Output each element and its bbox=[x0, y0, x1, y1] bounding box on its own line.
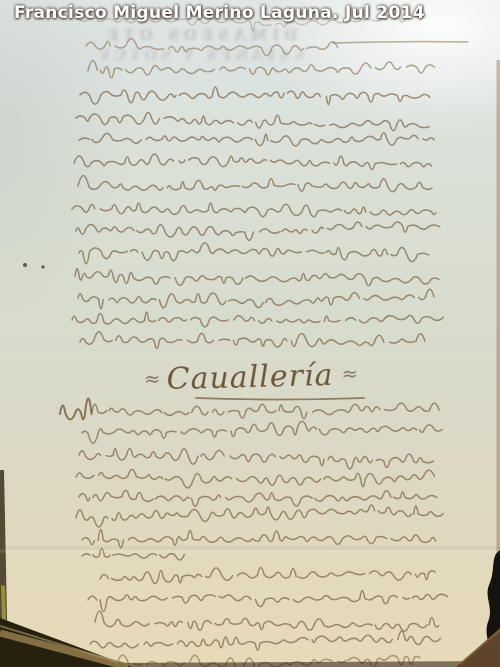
handwritten-line bbox=[86, 39, 338, 56]
paper-crease bbox=[0, 544, 500, 554]
handwritten-line bbox=[76, 113, 429, 131]
handwritten-line bbox=[78, 176, 432, 192]
handwritten-line bbox=[92, 403, 442, 419]
bottom-shadow bbox=[95, 661, 500, 667]
handwritten-line bbox=[76, 505, 443, 527]
handwritten-line bbox=[88, 591, 448, 612]
heading-flourish-right: ≈ bbox=[341, 361, 356, 385]
handwritten-line bbox=[79, 133, 434, 146]
handwritten-line bbox=[79, 243, 432, 264]
manuscript-heading: ≈Cauallería≈ bbox=[143, 357, 356, 398]
handwritten-line bbox=[76, 222, 440, 240]
ink-dot bbox=[41, 265, 44, 268]
frame-corner-bottom-right bbox=[456, 628, 500, 667]
handwritten-line bbox=[75, 269, 439, 286]
handwritten-line bbox=[88, 61, 434, 78]
manuscript-handwriting bbox=[0, 0, 500, 667]
handwritten-line bbox=[60, 398, 92, 419]
frame-bevel-bottom-right bbox=[460, 630, 500, 664]
heading-underline bbox=[196, 398, 364, 400]
handwritten-line bbox=[74, 154, 431, 169]
ink-dot bbox=[23, 263, 27, 267]
handwritten-line bbox=[80, 87, 430, 104]
handwritten-line bbox=[78, 289, 434, 308]
handwritten-line bbox=[79, 490, 437, 506]
handwritten-line bbox=[100, 568, 435, 584]
handwritten-line bbox=[95, 611, 439, 631]
handwritten-line bbox=[80, 332, 425, 349]
handwritten-dash bbox=[333, 42, 468, 43]
heading-flourish-left: ≈ bbox=[144, 366, 159, 390]
bleed-through-text-1: DIMASEOS OTE bbox=[102, 26, 297, 44]
handwritten-line bbox=[82, 549, 184, 560]
handwritten-line bbox=[82, 529, 436, 547]
handwritten-line bbox=[72, 312, 443, 327]
frame-edge-left bbox=[0, 470, 8, 667]
watermark-caption: Francisco Miguel Merino Laguna. Jul 2014 bbox=[14, 3, 425, 23]
frame-bevel-bottom-left bbox=[0, 633, 128, 667]
handwritten-line bbox=[76, 469, 439, 488]
right-shadow-blob bbox=[487, 550, 500, 667]
handwritten-line bbox=[90, 631, 440, 650]
handwritten-line bbox=[100, 655, 420, 667]
handwritten-line bbox=[82, 421, 448, 443]
handwritten-line bbox=[72, 203, 436, 217]
handwritten-line bbox=[79, 449, 433, 469]
frame-bevel-highlight bbox=[0, 626, 118, 662]
manuscript-photo: DIMASEOS OTE SATANES Y SOTUV ≈Cauallería… bbox=[0, 0, 500, 667]
bleed-through-text-2: SATANES Y SOTUV bbox=[95, 48, 305, 64]
heading-text: Cauallería bbox=[166, 358, 334, 397]
frame-highlight-left bbox=[1, 585, 6, 620]
frame-corner-bottom-left bbox=[0, 618, 132, 667]
page-edge-right bbox=[497, 60, 500, 560]
